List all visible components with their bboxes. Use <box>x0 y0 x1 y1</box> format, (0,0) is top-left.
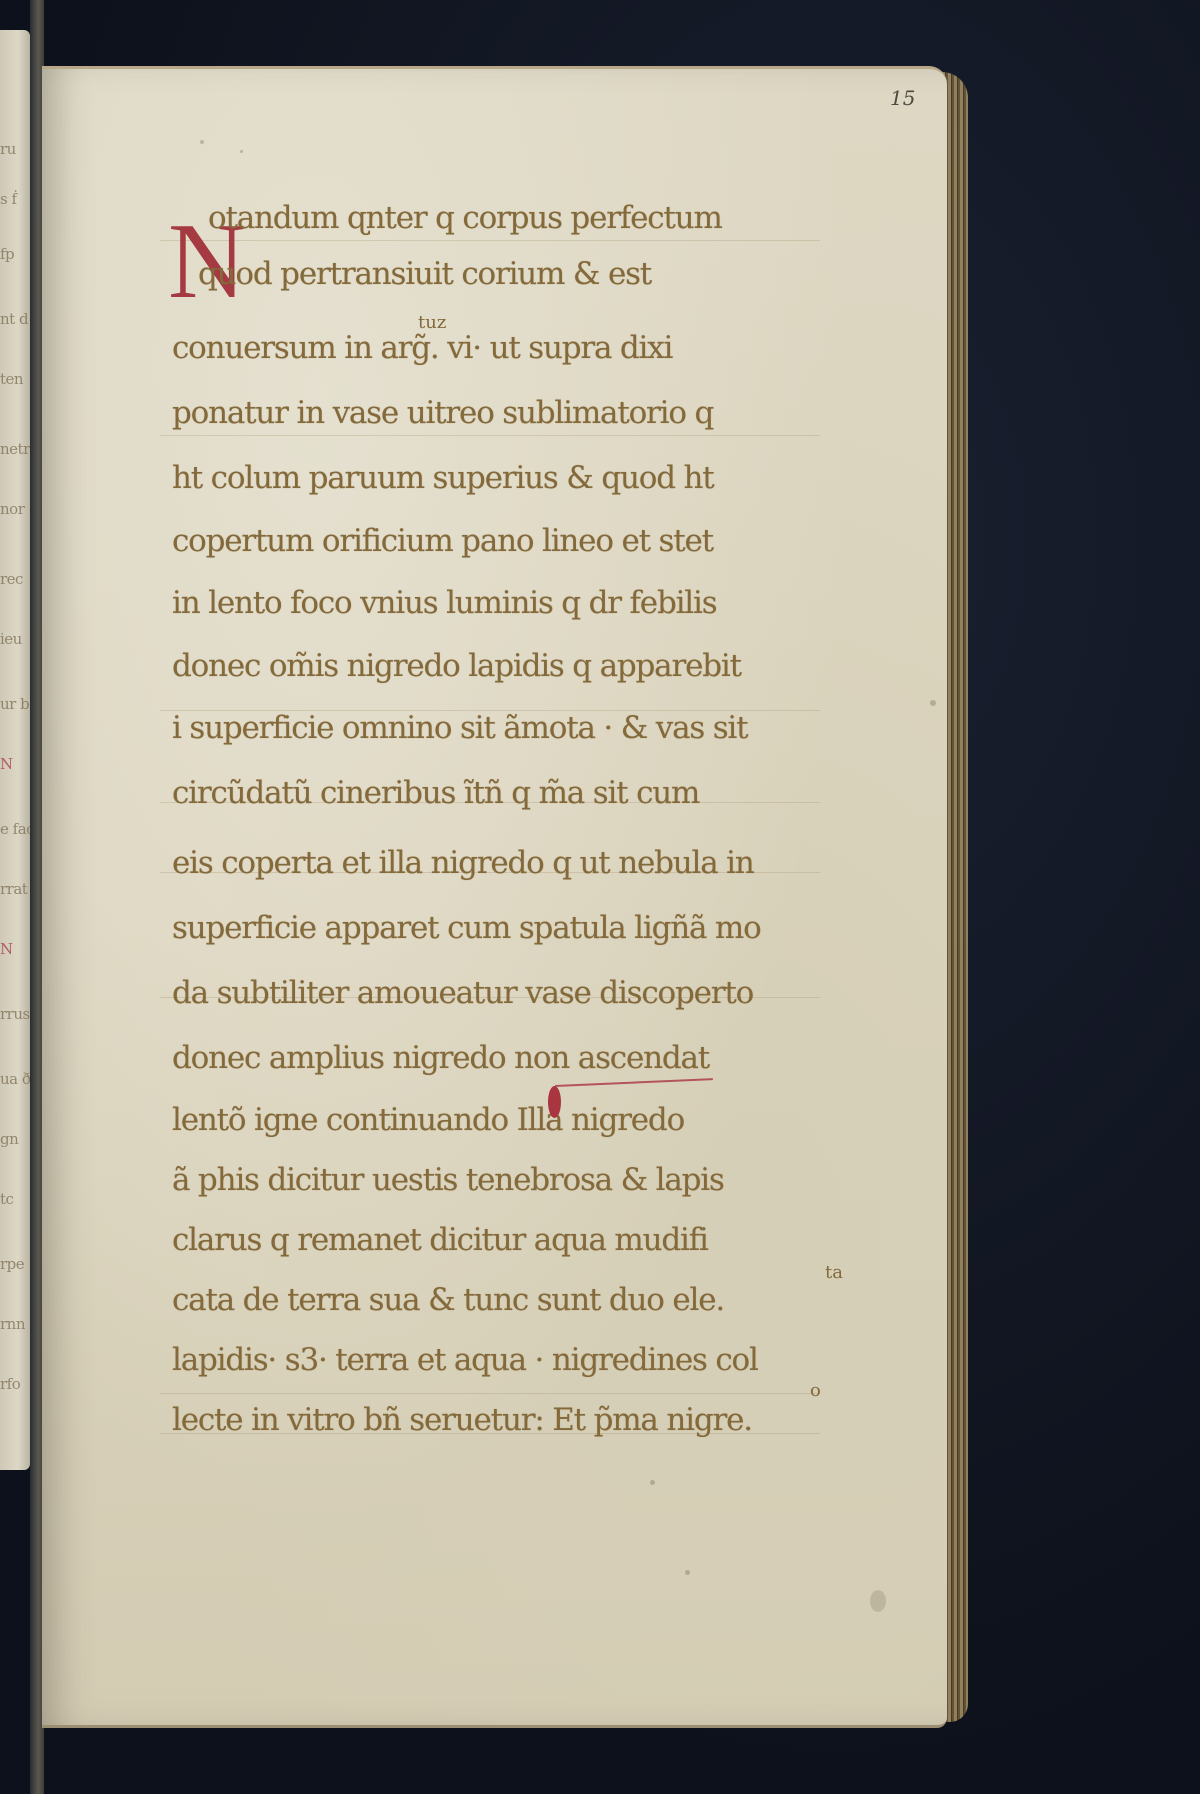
facing-page-fragment: nor <box>0 500 24 518</box>
text-line: donec om̃is nigredo lapidis q apparebit <box>172 648 741 684</box>
parchment-speck <box>200 140 204 144</box>
text-line: circũdatũ cineribus ĩtñ q m̃a sit cum <box>172 775 699 811</box>
text-line: copertum orificium pano lineo et stet <box>172 523 713 559</box>
text-line: quod pertransiuit corium & est <box>198 256 651 292</box>
text-line: lentõ igne continuando Illa nigredo <box>172 1102 684 1138</box>
text-line: lecte in vitro bñ seruetur: Et p̃ma nigr… <box>172 1402 752 1438</box>
facing-page-fragment: nt d <box>0 310 28 328</box>
facing-page-fragment: rec <box>0 570 23 588</box>
facing-page-fragment: ua ð <box>0 1070 30 1088</box>
parchment-speck <box>240 150 243 153</box>
text-line: lapidis· s3· terra et aqua · nigredines … <box>172 1342 758 1378</box>
facing-page-fragment: rfo <box>0 1375 20 1393</box>
facing-page-fragment: ten <box>0 370 23 388</box>
paragraph-mark-rubric <box>548 1086 561 1118</box>
interlinear-gloss: tuz <box>418 312 446 333</box>
text-line: superficie apparet cum spatula ligñã mo <box>172 910 761 946</box>
parchment-speck <box>930 700 936 706</box>
folio-number: 15 <box>890 86 915 110</box>
text-line: conuersum in arg̃. vi· ut supra dixi <box>172 330 672 366</box>
facing-verso-page-edge: ru s ḟ fp nt d ten netr nor rec ieu ur b… <box>0 30 30 1470</box>
parchment-speck <box>685 1570 690 1575</box>
ruling-line <box>160 1393 820 1394</box>
text-line: i superficie omnino sit ãmota · & vas si… <box>172 710 747 746</box>
facing-page-fragment: ieu <box>0 630 22 648</box>
facing-page-fragment: rrat <box>0 880 27 898</box>
ruling-line <box>160 240 820 241</box>
text-line: eis coperta et illa nigredo q ut nebula … <box>172 845 754 881</box>
facing-page-fragment: e fac <box>0 820 30 838</box>
facing-page-fragment: ru <box>0 140 16 158</box>
text-line: in lento foco vnius luminis q dr febilis <box>172 585 716 621</box>
text-line: ponatur in vase uitreo sublimatorio q <box>172 395 713 431</box>
facing-page-fragment: ur b <box>0 695 29 713</box>
interlinear-gloss: ta <box>825 1262 843 1283</box>
interlinear-gloss: o <box>810 1380 821 1401</box>
text-line: ã phis dicitur uestis tenebrosa & lapis <box>172 1162 724 1198</box>
facing-page-fragment: rpe <box>0 1255 24 1273</box>
ruling-line <box>160 435 820 436</box>
facing-page-fragment: fp <box>0 245 14 263</box>
parchment-speck <box>650 1480 655 1485</box>
text-line: donec amplius nigredo non ascendat <box>172 1040 709 1076</box>
text-line: cata de terra sua & tunc sunt duo ele. <box>172 1282 724 1318</box>
parchment-stain <box>870 1590 886 1612</box>
facing-page-fragment: gn <box>0 1130 18 1148</box>
facing-page-rubric-fragment: N <box>0 755 13 773</box>
facing-page-fragment: s ḟ <box>0 190 17 208</box>
text-line: clarus q remanet dicitur aqua mudifi <box>172 1222 708 1258</box>
text-line: da subtiliter amoueatur vase discoperto <box>172 975 753 1011</box>
facing-page-fragment: tc <box>0 1190 13 1208</box>
text-line: ht colum paruum superius & quod ht <box>172 460 714 496</box>
facing-page-fragment: netr <box>0 440 30 458</box>
facing-page-rubric-fragment: N <box>0 940 13 958</box>
text-line: otandum ɋnter q corpus perfectum <box>208 200 722 236</box>
facing-page-fragment: rrus <box>0 1005 30 1023</box>
facing-page-fragment: rnn <box>0 1315 25 1333</box>
